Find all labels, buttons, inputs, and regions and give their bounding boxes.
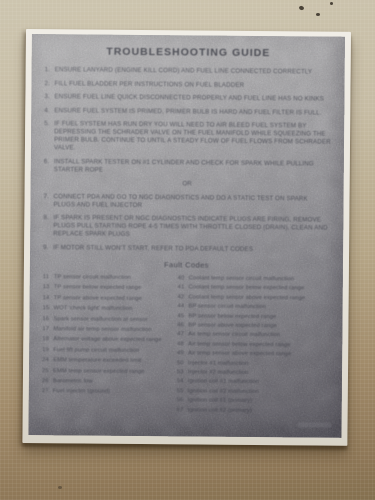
debris-speck	[316, 13, 320, 16]
debris-speck	[58, 486, 62, 489]
troubleshooting-document: TROUBLESHOOTING GUIDE 1. ENSURE LANYARD …	[28, 34, 344, 438]
paper-sheet: TROUBLESHOOTING GUIDE 1. ENSURE LANYARD …	[22, 29, 351, 446]
photo-shading	[28, 34, 344, 438]
debris-speck	[330, 2, 333, 5]
debris-speck	[298, 5, 304, 10]
